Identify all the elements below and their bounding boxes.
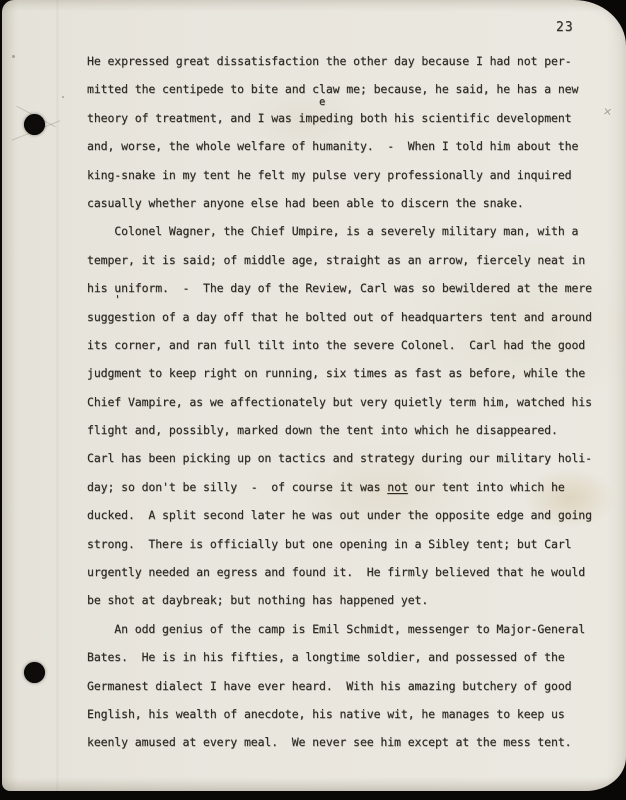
text-segment: temper, it is said; of middle age, strai… bbox=[87, 253, 585, 267]
text-segment: Germanest dialect I have ever heard. Wit… bbox=[87, 679, 571, 693]
text-line: He expressed great dissatisfaction the o… bbox=[87, 47, 607, 75]
text-line: mitted the centipede to bite and claw me… bbox=[87, 75, 607, 103]
text-segment: strong. There is officially but one open… bbox=[87, 537, 571, 551]
typewritten-text: He expressed great dissatisfaction the o… bbox=[87, 47, 607, 757]
text-segment: our tent into which he bbox=[408, 480, 565, 494]
text-segment: flight and, possibly, marked down the te… bbox=[87, 423, 558, 437]
text-segment: mitted the centipede to bite and claw me… bbox=[87, 82, 578, 96]
text-segment: Carl has been picking up on tactics and … bbox=[87, 451, 592, 465]
text-segment: his uniform. - The day of the Review, Ca… bbox=[87, 281, 592, 295]
text-line: temper, it is said; of middle age, strai… bbox=[87, 246, 607, 274]
text-line: be shot at daybreak; but nothing has hap… bbox=[87, 586, 607, 614]
punch-hole-top bbox=[24, 114, 45, 135]
page-number: 23 bbox=[556, 20, 574, 35]
text-segment: casually whether anyone else had been ab… bbox=[87, 196, 524, 210]
text-line: king-snake in my tent he felt my pulse v… bbox=[87, 161, 607, 189]
text-line: casually whether anyone else had been ab… bbox=[87, 189, 607, 217]
text-line: flight and, possibly, marked down the te… bbox=[87, 416, 607, 444]
ink-speck bbox=[62, 96, 64, 98]
text-segment: eding both his scientific development bbox=[319, 111, 571, 125]
text-line: An odd genius of the camp is Emil Schmid… bbox=[87, 615, 607, 643]
text-segment: estion of a day off that he bolted out o… bbox=[114, 310, 592, 324]
paper-sheet: 23 He expressed great dissatisfaction th… bbox=[2, 0, 626, 791]
text-segment: Chief Vampire, as we affectionately but … bbox=[87, 395, 592, 409]
scanned-document: 23 He expressed great dissatisfaction th… bbox=[0, 0, 626, 800]
text-segment: its corner, and ran full tilt into the s… bbox=[87, 338, 585, 352]
text-segment: English, his wealth of anecdote, his nat… bbox=[87, 707, 565, 721]
text-segment: be shot at daybreak; but nothing has hap… bbox=[87, 593, 428, 607]
text-line: Colonel Wagner, the Chief Umpire, is a s… bbox=[87, 217, 607, 245]
underlined-text: not bbox=[387, 480, 407, 494]
text-line: day; so don't be silly - of course it wa… bbox=[87, 473, 607, 501]
text-line: and, worse, the whole welfare of humanit… bbox=[87, 132, 607, 160]
text-segment: day; so don't be silly - of course it wa… bbox=[87, 480, 387, 494]
text-line: English, his wealth of anecdote, his nat… bbox=[87, 700, 607, 728]
text-segment: An odd genius of the camp is Emil Schmid… bbox=[87, 622, 585, 636]
text-segment: Bates. He is in his fifties, a longtime … bbox=[87, 650, 565, 664]
text-line: urgently needed an egress and found it. … bbox=[87, 558, 607, 586]
text-segment: keenly amused at every meal. We never se… bbox=[87, 735, 571, 749]
text-segment: king-snake in my tent he felt my pulse v… bbox=[87, 168, 571, 182]
text-line: keenly amused at every meal. We never se… bbox=[87, 728, 607, 756]
typewritten-lines: He expressed great dissatisfaction the o… bbox=[87, 47, 607, 757]
text-segment: urgently needed an egress and found it. … bbox=[87, 565, 585, 579]
text-line: sugg'estion of a day off that he bolted … bbox=[87, 303, 607, 331]
text-line: Bates. He is in his fifties, a longtime … bbox=[87, 643, 607, 671]
ink-speck bbox=[12, 55, 15, 58]
pencil-x-mark: × bbox=[602, 104, 613, 118]
text-segment: and, worse, the whole welfare of humanit… bbox=[87, 139, 578, 153]
text-segment: He expressed great dissatisfaction the o… bbox=[87, 54, 571, 68]
text-segment: sugg bbox=[87, 310, 114, 324]
text-line: judgment to keep right on running, six t… bbox=[87, 359, 607, 387]
text-line: Chief Vampire, as we affectionately but … bbox=[87, 388, 607, 416]
punch-hole-bottom bbox=[24, 662, 45, 683]
text-segment: Colonel Wagner, the Chief Umpire, is a s… bbox=[87, 224, 578, 238]
text-line: his uniform. - The day of the Review, Ca… bbox=[87, 274, 607, 302]
text-line: strong. There is officially but one open… bbox=[87, 530, 607, 558]
text-line: its corner, and ran full tilt into the s… bbox=[87, 331, 607, 359]
text-line: Germanest dialect I have ever heard. Wit… bbox=[87, 672, 607, 700]
text-line: ducked. A split second later he was out … bbox=[87, 501, 607, 529]
text-segment: theory of treatment, and I was imp bbox=[87, 111, 319, 125]
text-segment: judgment to keep right on running, six t… bbox=[87, 366, 585, 380]
text-line: Carl has been picking up on tactics and … bbox=[87, 444, 607, 472]
text-line: theory of treatment, and I was impeeding… bbox=[87, 104, 607, 132]
text-segment: ducked. A split second later he was out … bbox=[87, 508, 592, 522]
